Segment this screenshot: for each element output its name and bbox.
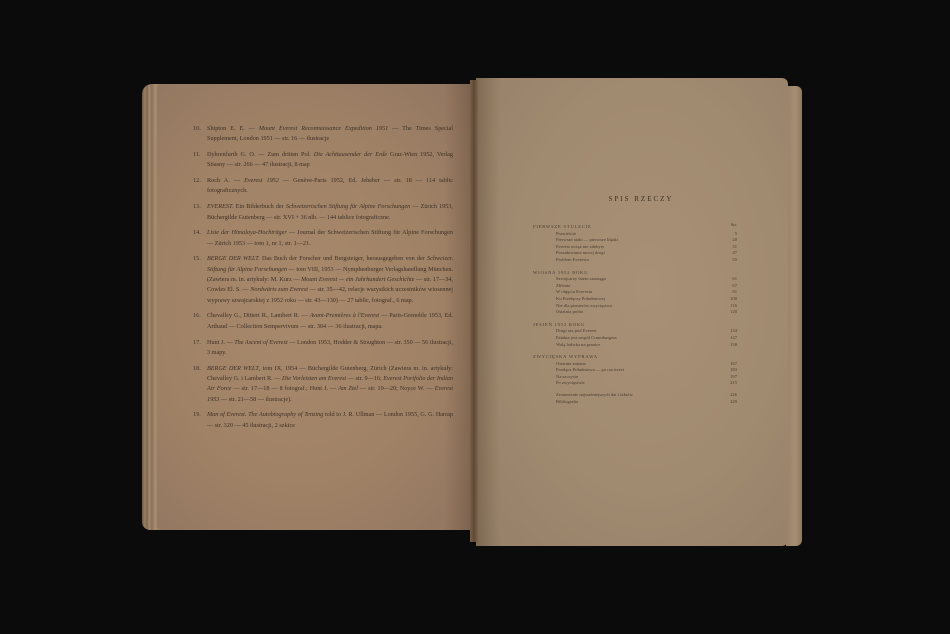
bibliography-entry: 17.Hunt J. — The Ascent of Everest — Lon… — [193, 338, 453, 359]
toc-section-heading: WIOSNA 1952 ROKU — [533, 270, 737, 277]
toc-entry-label: Bibliografia — [556, 399, 578, 406]
toc-entry: Szwajcarzy latem szansęgo61 — [533, 276, 737, 283]
toc-entry: Prawieście5 — [533, 231, 737, 238]
entry-title-italic: Man of Everest. The Autobiography of Ten… — [207, 411, 323, 418]
bibliography-entry: 12.Roch A. — Everest 1952 — Genève-Paris… — [193, 176, 453, 197]
toc-entry-page: 100 — [730, 296, 737, 303]
entry-text-segment: — str. 17—18 — 8 fotograf.; Hunt J. — — [231, 385, 338, 392]
toc-entry-page: 197 — [730, 374, 737, 381]
toc-appendix-entry: Bibliografia229 — [533, 399, 737, 406]
toc-entry-page: 81 — [732, 289, 737, 296]
bibliography-list: 10.Shipton E. E. — Mount Everest Reconna… — [193, 124, 453, 436]
toc-entry: Przełęcz Południowa — po raz trzeci183 — [533, 367, 737, 374]
toc-entry: Drugi raz pod Everest134 — [533, 328, 737, 335]
entry-title-italic: EVEREST. — [207, 203, 234, 210]
entry-text-segment: Ein Bilderbuch der — [234, 203, 286, 210]
entry-text-segment: — str. 21—58 — ilustracje). — [219, 396, 291, 403]
toc-entry-label: Złilenie — [556, 283, 570, 290]
entry-text: EVEREST. Ein Bilderbuch der Schweizerisc… — [207, 202, 453, 223]
entry-number: 16. — [193, 311, 207, 332]
entry-title-italic: Mount Everest — ein Jahrhundert Geschich… — [301, 276, 414, 283]
entry-title-italic: BERGE DER WELT — [207, 365, 259, 372]
toc-entry: Walą lodwka na granice158 — [533, 342, 737, 349]
toc-entry-label: Prawieście — [556, 231, 576, 238]
entry-title-italic: Schweizerischen Stiftung für Alpine Fors… — [286, 203, 410, 210]
entry-text-segment: — str. 9—16; — [346, 375, 383, 382]
bibliography-entry: 19.Man of Everest. The Autobiography of … — [193, 410, 453, 431]
toc-entry-page: 67 — [732, 283, 737, 290]
entry-number: 18. — [193, 364, 207, 405]
toc-section-heading: JESIEŃ 1952 ROKU — [533, 322, 737, 329]
toc-entry: Ku Przełęczy Południowej100 — [533, 296, 737, 303]
toc-entry-label: Po zwycięstwie — [556, 380, 585, 387]
entry-title-italic: Avant-Premières à l'Everest — [310, 312, 380, 319]
entry-title-italic: Am Ziel — [338, 385, 358, 392]
entry-number: 17. — [193, 338, 207, 359]
entry-title-italic: Liste der Himalaya-Hochträger — [207, 229, 287, 236]
toc-entry: Everest wciąż nie zdobyty31 — [533, 244, 737, 251]
entry-text: Roch A. — Everest 1952 — Genève-Paris 19… — [207, 176, 453, 197]
toc-entry: Ostatnia próba120 — [533, 309, 737, 316]
entry-title-italic: BERGE DER WELT. — [207, 255, 260, 262]
toc-entry-label: Drugi raz pod Everest — [556, 328, 596, 335]
bibliography-entry: 11.Dyhrenfurth G. O. — Zum dritten Pol. … — [193, 150, 453, 171]
toc-appendix-entry: Zestawienie najważniejszych dat i faktów… — [533, 392, 737, 399]
toc-entry: Ostatnia zmiana167 — [533, 361, 737, 368]
toc-entry-page: 116 — [730, 303, 737, 310]
toc-entry-label: Poszukiwania nowej drogi — [556, 250, 605, 257]
entry-number: 19. — [193, 410, 207, 431]
entry-title-italic: The Ascent of Everest — [234, 339, 287, 346]
entry-title-italic: Die Achttausender der Erde — [314, 151, 387, 158]
toc-entry-page: 134 — [730, 328, 737, 335]
entry-text: Hunt J. — The Ascent of Everest — London… — [207, 338, 453, 359]
bibliography-entry: 13.EVEREST. Ein Bilderbuch der Schweizer… — [193, 202, 453, 223]
toc-entry: Poszukiwania nowej drogi47 — [533, 250, 737, 257]
toc-entry-label: Przełęcz Południowa — po raz trzeci — [556, 367, 624, 374]
bibliography-entry: 16.Chevalley G., Dittert R., Lambert R. … — [193, 311, 453, 332]
toc-entry-page: 158 — [730, 342, 737, 349]
toc-entry-label: Zestawienie najważniejszych dat i faktów — [556, 392, 633, 399]
toc-entry: Złilenie67 — [533, 283, 737, 290]
toc-section-heading: ZWYCIĘSKA WYPRAWA — [533, 354, 737, 361]
toc-entry: Na szczycie197 — [533, 374, 737, 381]
toc-entry-page: 183 — [730, 367, 737, 374]
right-page-stack-edge — [786, 86, 802, 546]
bibliography-entry: 15.BERGE DER WELT. Das Buch der Forscher… — [193, 254, 453, 305]
entry-text: BERGE DER WELT. Das Buch der Forscher un… — [207, 254, 453, 305]
entry-text: Shipton E. E. — Mount Everest Reconnaiss… — [207, 124, 453, 145]
entry-number: 12. — [193, 176, 207, 197]
toc-entry-page: 120 — [730, 309, 737, 316]
toc-entry-label: Nie dla pionierów zwycięstwo — [556, 303, 612, 310]
toc-entry-page: 147 — [730, 335, 737, 342]
open-book: 10.Shipton E. E. — Mount Everest Reconna… — [0, 0, 950, 634]
toc-entry-label: Fatalna jest zespół Crmmlungera — [556, 335, 617, 342]
toc-entry-label: Walą lodwka na granice — [556, 342, 600, 349]
entry-text-segment: — str. 19—20; Noyce W. — — [358, 385, 435, 392]
entry-title-italic: Mount Everest Reconnaissance Expedition … — [259, 125, 388, 132]
entry-number: 15. — [193, 254, 207, 305]
toc-entry-page: 20 — [732, 237, 737, 244]
toc-entry-label: Szwajcarzy latem szansęgo — [556, 276, 606, 283]
bibliography-entry: 18.BERGE DER WELT, tom IX, 1954 — Bücher… — [193, 364, 453, 405]
toc-entry-page: 215 — [730, 380, 737, 387]
entry-number: 14. — [193, 228, 207, 249]
entry-number: 10. — [193, 124, 207, 145]
toc-entry: Pierwsze ataki — pierwsze klęski20 — [533, 237, 737, 244]
entry-text: BERGE DER WELT, tom IX, 1954 — Büchergil… — [207, 364, 453, 405]
entry-text-segment: Chevalley G., Dittert R., Lambert R. — — [207, 312, 310, 319]
entry-number: 13. — [193, 202, 207, 223]
toc-entry: W objęciu Everestu81 — [533, 289, 737, 296]
book-spine-gutter — [470, 80, 478, 542]
toc-entry-label: W objęciu Everestu — [556, 289, 592, 296]
toc-entry-page: 167 — [730, 361, 737, 368]
toc-entry-label: Na szczycie — [556, 374, 578, 381]
toc-section-heading: PIERWSZE STULECIE — [533, 224, 737, 231]
toc-entry-label: Problem Everestu — [556, 257, 589, 264]
toc-entry-label: Pierwsze ataki — pierwsze klęski — [556, 237, 618, 244]
toc-entry-page: 55 — [732, 257, 737, 264]
table-of-contents: Str. PIERWSZE STULECIEPrawieście5Pierwsz… — [533, 224, 737, 405]
toc-entry-page: 5 — [735, 231, 737, 238]
entry-text: Dyhrenfurth G. O. — Zum dritten Pol. Die… — [207, 150, 453, 171]
toc-entry: Po zwycięstwie215 — [533, 380, 737, 387]
page-column-label: Str. — [731, 222, 737, 229]
toc-entry-page: 61 — [732, 276, 737, 283]
toc-entry-label: Everest wciąż nie zdobyty — [556, 244, 604, 251]
entry-text: Man of Everest. The Autobiography of Ten… — [207, 410, 453, 431]
bibliography-entry: 14.Liste der Himalaya-Hochträger — Journ… — [193, 228, 453, 249]
entry-title-italic: Die Vorletzten am Everest — [282, 375, 346, 382]
entry-text-segment: Das Buch der Forscher und Bergsteiger, h… — [260, 255, 427, 262]
entry-title-italic: Everest 1952 — [244, 177, 279, 184]
entry-text: Liste der Himalaya-Hochträger — Journal … — [207, 228, 453, 249]
entry-text-segment: Dyhrenfurth G. O. — Zum dritten Pol. — [207, 151, 314, 158]
toc-entry: Problem Everestu55 — [533, 257, 737, 264]
toc-entry-page: 31 — [732, 244, 737, 251]
entry-text-segment: Shipton E. E. — — [207, 125, 259, 132]
toc-entry-label: Ku Przełęczy Południowej — [556, 296, 605, 303]
toc-entry-page: 229 — [730, 399, 737, 406]
toc-entry: Nie dla pionierów zwycięstwo116 — [533, 303, 737, 310]
entry-text-segment: Hunt J. — — [207, 339, 234, 346]
bibliography-entry: 10.Shipton E. E. — Mount Everest Reconna… — [193, 124, 453, 145]
toc-entry-page: 47 — [732, 250, 737, 257]
toc-entry-label: Ostatnia zmiana — [556, 361, 586, 368]
table-of-contents-title: SPIS RZECZY — [596, 195, 686, 203]
toc-entry-page: 226 — [730, 392, 737, 399]
entry-text-segment: Roch A. — — [207, 177, 244, 184]
entry-text: Chevalley G., Dittert R., Lambert R. — A… — [207, 311, 453, 332]
toc-entry-label: Ostatnia próba — [556, 309, 583, 316]
toc-entry: Fatalna jest zespół Crmmlungera147 — [533, 335, 737, 342]
entry-number: 11. — [193, 150, 207, 171]
entry-title-italic: Nordwärts zum Everest — [250, 286, 308, 293]
